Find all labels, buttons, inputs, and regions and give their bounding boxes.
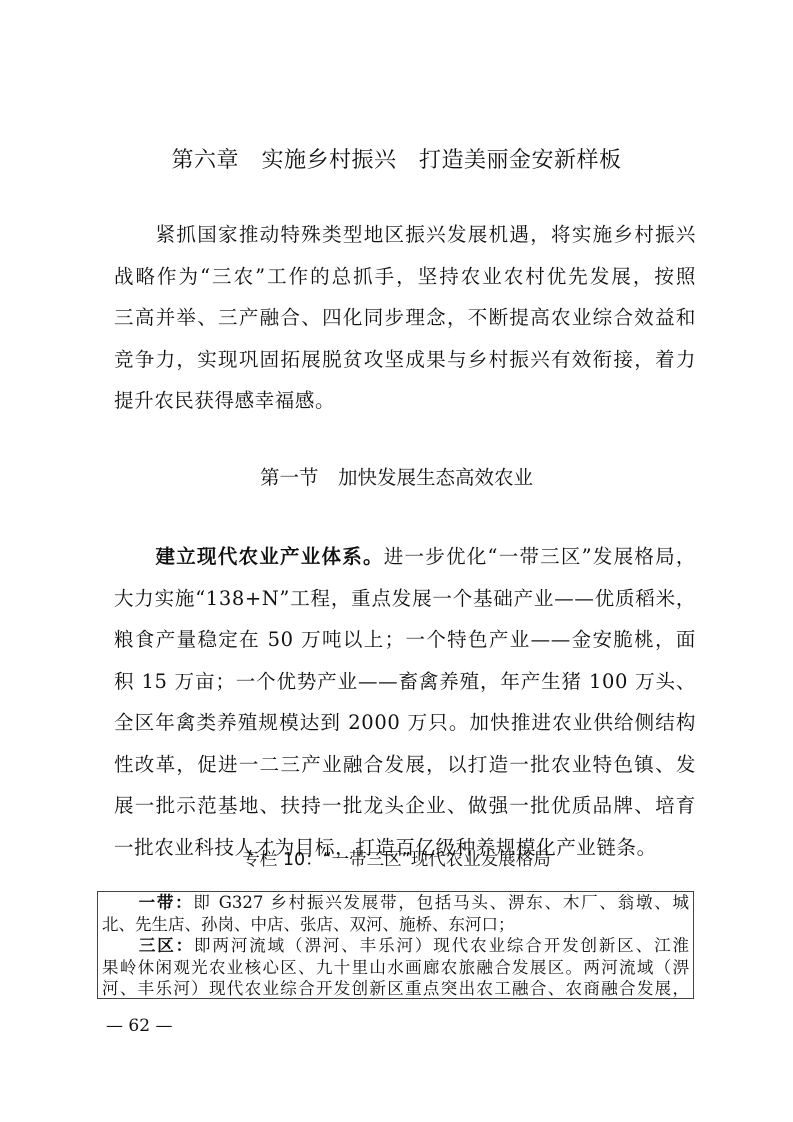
intro-line: 紧抓国家推动特殊类型地区振兴发展机遇，将实施乡村振兴 xyxy=(114,214,696,256)
body-first-line-text: 进一步优化“一带三区”发展格局， xyxy=(384,545,696,568)
box-item-text: 即两河流域（淠河、丰乐河）现代农业综合开发创新区、江淮 xyxy=(194,936,689,955)
box-item-text: 即 G327 乡村振兴发展带，包括马头、淠东、木厂、翁墩、城 xyxy=(193,893,689,912)
box-item-label: 一带： xyxy=(139,893,194,912)
intro-line: 三高并举、三产融合、四化同步理念，不断提高农业综合效益和 xyxy=(114,297,696,339)
intro-line: 竞争力，实现巩固拓展脱贫攻坚成果与乡村振兴有效衔接，着力 xyxy=(114,339,696,381)
body-paragraph: 建立现代农业产业体系。进一步优化“一带三区”发展格局， 大力实施“138+N”工… xyxy=(114,536,696,868)
body-line: 积 15 万亩；一个优势产业——畜禽养殖，年产生猪 100 万头、 xyxy=(114,661,696,703)
body-line: 粮食产量稳定在 50 万吨以上；一个特色产业——金安脆桃，面 xyxy=(114,619,696,661)
page-number: — 62 — xyxy=(106,1016,172,1036)
box-item-label: 三区： xyxy=(139,936,194,955)
box-item-yidai: 一带：即 G327 乡村振兴发展带，包括马头、淠东、木厂、翁墩、城 xyxy=(102,892,689,914)
box-line: 北、先生店、孙岗、中店、张店、双河、施桥、东河口； xyxy=(102,914,689,936)
intro-line: 战略作为“三农”工作的总抓手，坚持农业农村优先发展，按照 xyxy=(114,256,696,298)
box-item-sanqu: 三区：即两河流域（淠河、丰乐河）现代农业综合开发创新区、江淮 xyxy=(102,935,689,957)
body-line: 全区年禽类养殖规模达到 2000 万只。加快推进农业供给侧结构 xyxy=(114,702,696,744)
section-title: 第一节 加快发展生态高效农业 xyxy=(0,462,793,494)
chapter-title: 第六章 实施乡村振兴 打造美丽金安新样板 xyxy=(0,143,793,179)
box-line: 河、丰乐河）现代农业综合开发创新区重点突出农工融合、农商融合发展， xyxy=(102,978,689,1000)
sidebar-box: 一带：即 G327 乡村振兴发展带，包括马头、淠东、木厂、翁墩、城 北、先生店、… xyxy=(97,891,694,999)
lead-heading: 建立现代农业产业体系。 xyxy=(156,545,384,568)
body-first-line: 建立现代农业产业体系。进一步优化“一带三区”发展格局， xyxy=(114,536,696,578)
intro-line: 提升农民获得感幸福感。 xyxy=(114,380,696,422)
document-page: 第六章 实施乡村振兴 打造美丽金安新样板 紧抓国家推动特殊类型地区振兴发展机遇，… xyxy=(0,0,793,1122)
body-line: 性改革，促进一二三产业融合发展，以打造一批农业特色镇、发 xyxy=(114,744,696,786)
box-title: 专栏 10：“一带三区”现代农业发展格局 xyxy=(0,845,793,875)
box-line: 果岭休闲观光农业核心区、九十里山水画廊农旅融合发展区。两河流域（淠 xyxy=(102,957,689,979)
intro-paragraph: 紧抓国家推动特殊类型地区振兴发展机遇，将实施乡村振兴 战略作为“三农”工作的总抓… xyxy=(114,214,696,422)
body-line: 展一批示范基地、扶持一批龙头企业、做强一批优质品牌、培育 xyxy=(114,785,696,827)
body-line: 大力实施“138+N”工程，重点发展一个基础产业——优质稻米， xyxy=(114,578,696,620)
